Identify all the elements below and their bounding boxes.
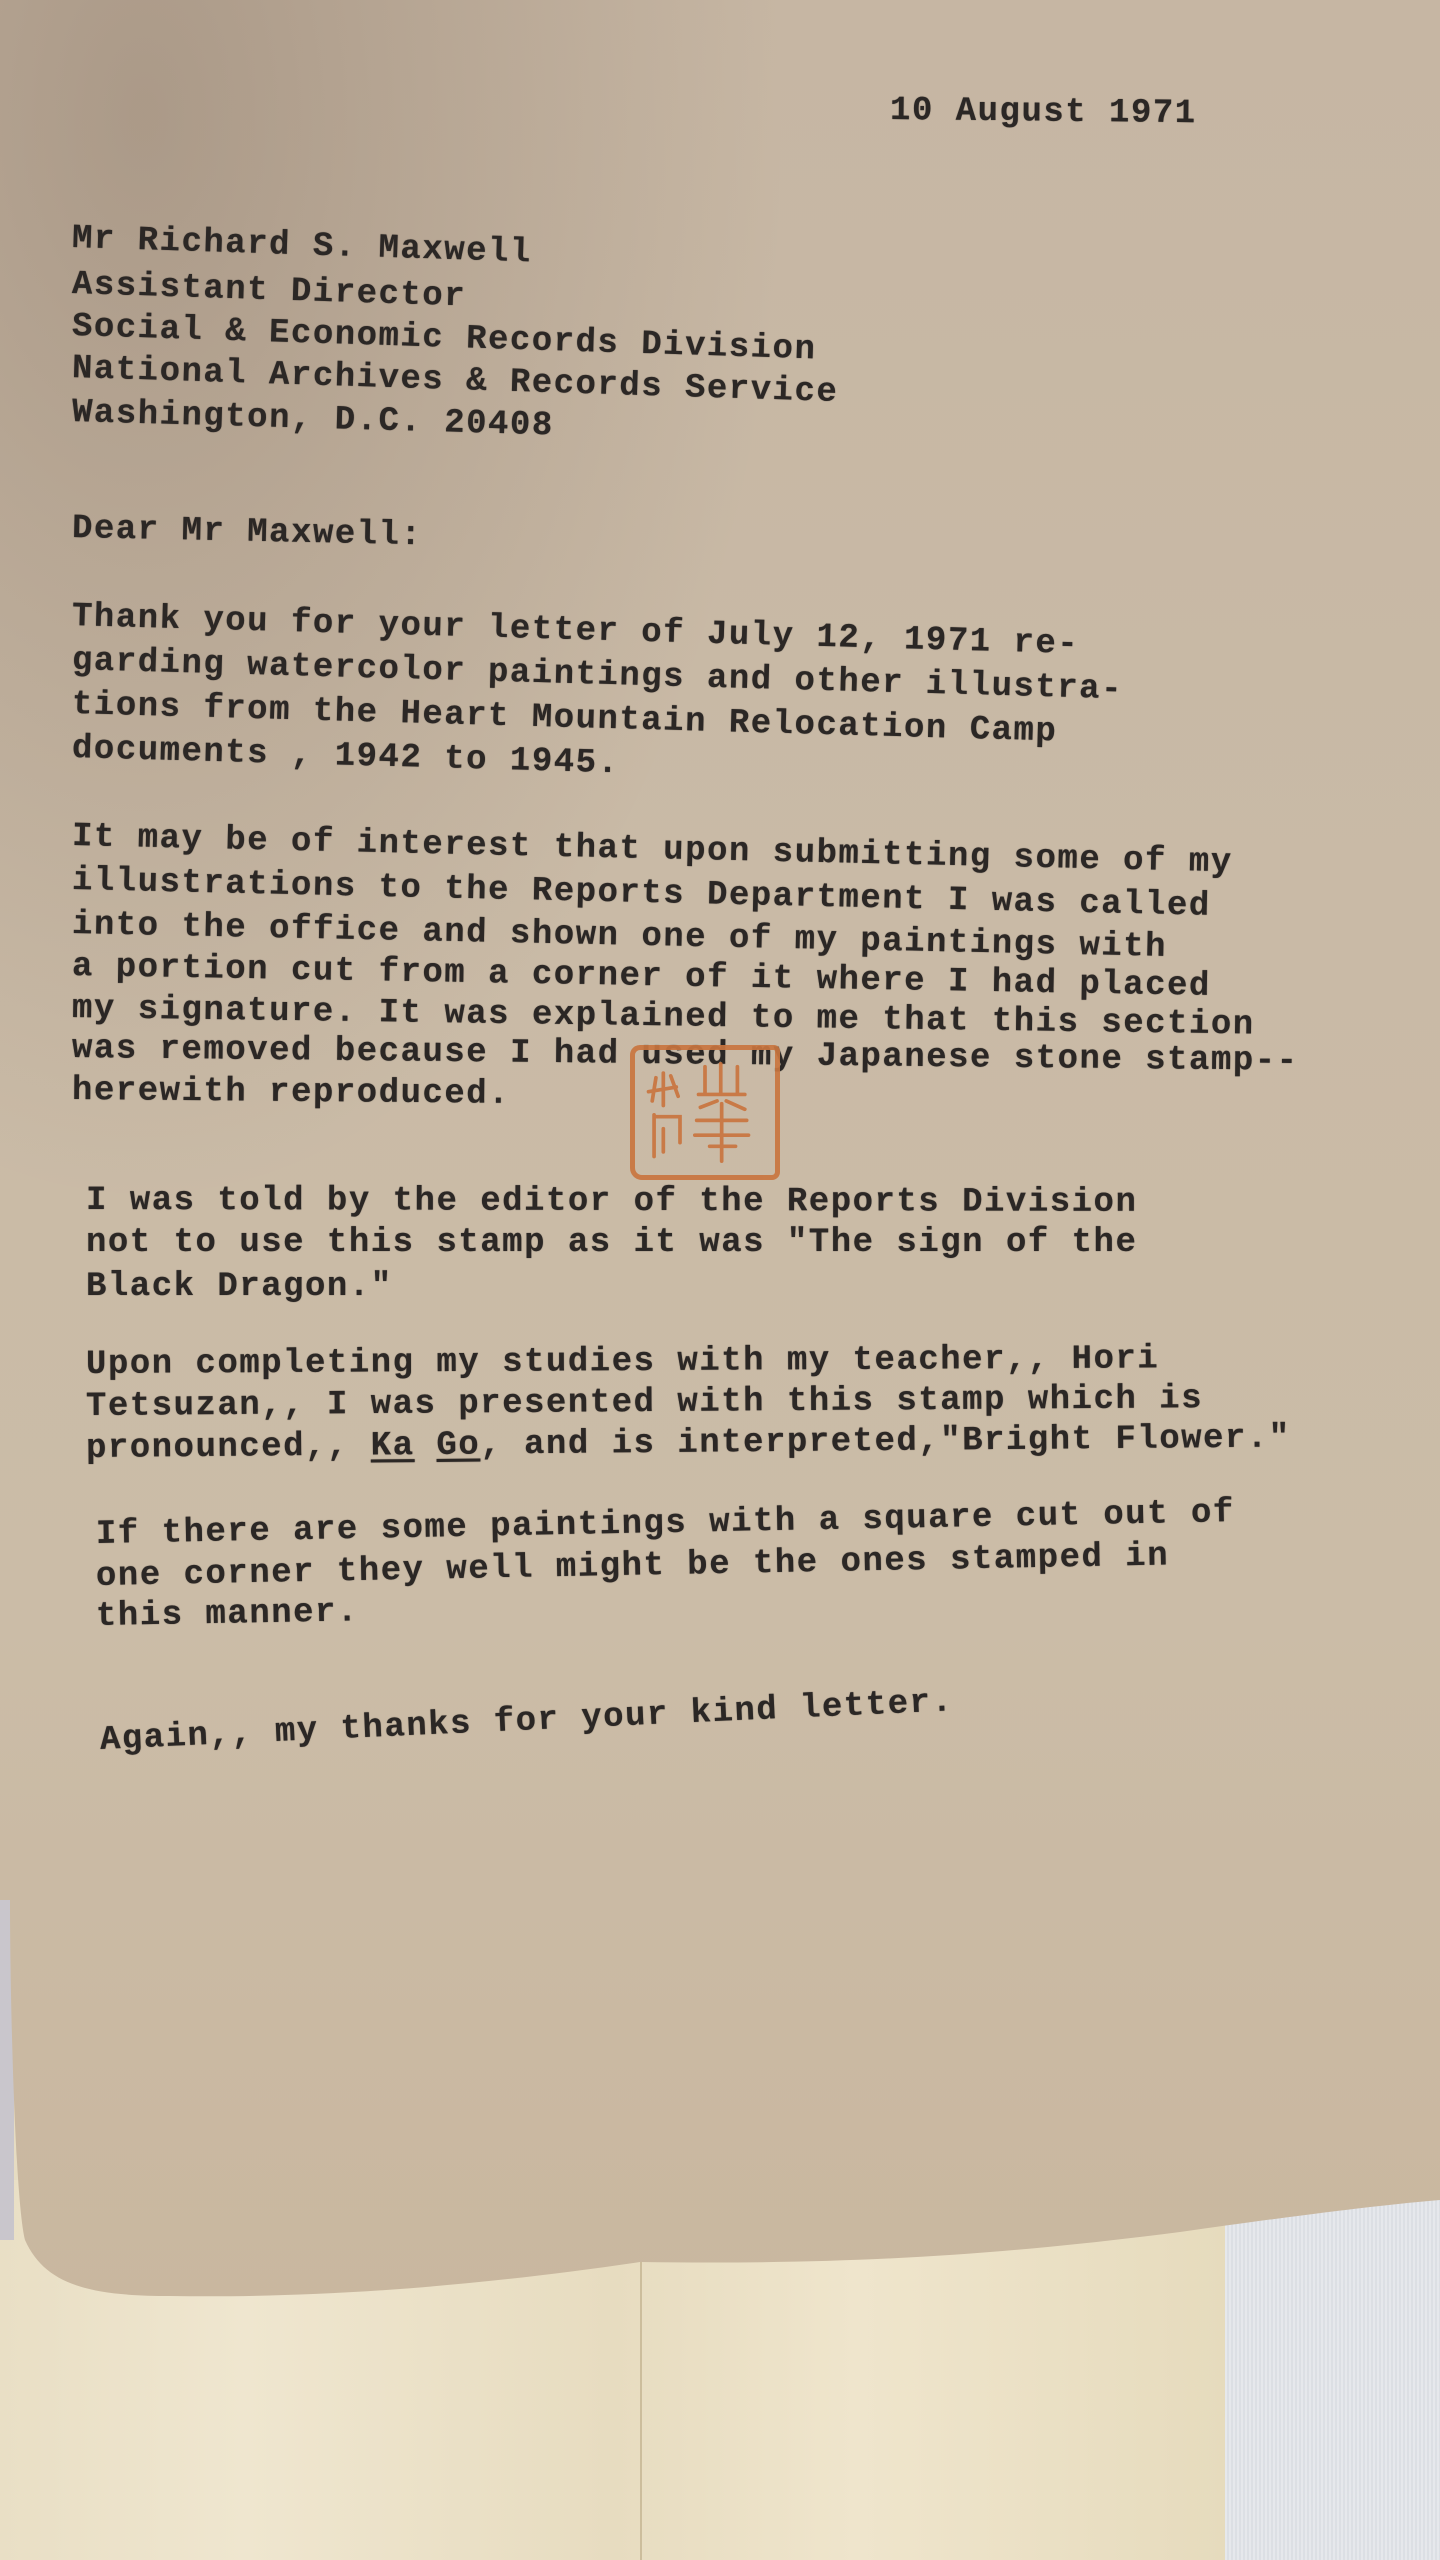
paragraph-line: not to use this stamp as it was "The sig… (86, 1224, 1137, 1262)
salutation: Dear Mr Maxwell: (72, 510, 423, 555)
paragraph-line: this manner. (96, 1593, 359, 1636)
paragraph-line: herewith reproduced. (72, 1072, 510, 1114)
letter-sheet: 10 August 1971 Mr Richard S. Maxwell Ass… (0, 0, 1440, 2310)
paragraph-line: I was told by the editor of the Reports … (86, 1182, 1137, 1222)
text-segment (414, 1427, 436, 1465)
underlined-go: Go (436, 1427, 480, 1465)
grey-cloth-background (1225, 2200, 1440, 2560)
paragraph-line: Tetsuzan,, I was presented with this sta… (86, 1380, 1203, 1426)
folder-crease (640, 2240, 642, 2560)
text-segment: , and is interpreted,"Bright Flower." (480, 1419, 1291, 1464)
recipient-city: Washington, D.C. 20408 (71, 394, 554, 445)
paragraph-line: Black Dragon." (86, 1268, 393, 1306)
recipient-name: Mr Richard S. Maxwell (71, 220, 532, 272)
seal-stamp-icon (630, 1045, 780, 1180)
recipient-title: Assistant Director (71, 266, 466, 316)
closing-line: Again,, my thanks for your kind letter. (99, 1683, 954, 1760)
letter-date: 10 August 1971 (890, 92, 1197, 133)
underlined-ka: Ka (371, 1427, 415, 1465)
paragraph-line: Upon completing my studies with my teach… (86, 1340, 1159, 1384)
paragraph-line: pronounced,, Ka Go, and is interpreted,"… (86, 1419, 1291, 1468)
paragraph-line: documents , 1942 to 1945. (71, 730, 619, 783)
text-segment: pronounced,, (86, 1428, 371, 1468)
